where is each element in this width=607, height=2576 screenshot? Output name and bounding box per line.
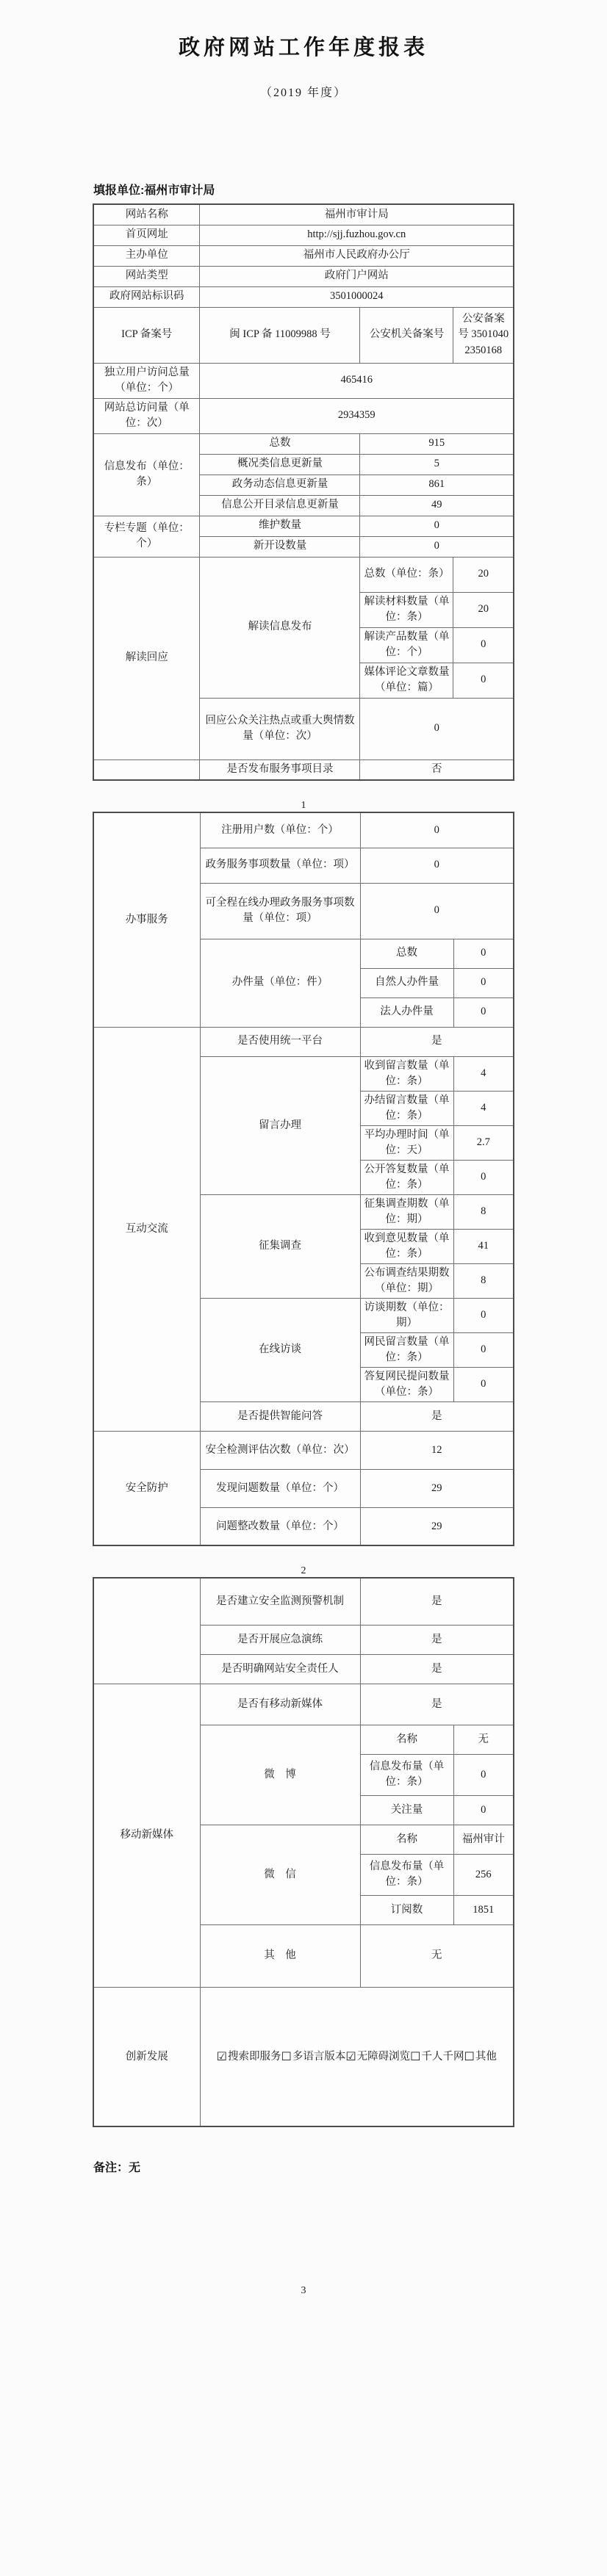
new-columns-label: 新开设数量 (200, 536, 360, 557)
interpret-product-value: 0 (453, 627, 514, 663)
cases-legal-label: 法人办件量 (360, 997, 453, 1027)
service-items-label: 政务服务事项数量（单位：项） (200, 848, 360, 883)
hotspot-response-label: 回应公众关注热点或重大舆情数量（单位：次） (200, 698, 360, 760)
survey-label: 征集调查 (200, 1194, 360, 1298)
messages-received-value: 4 (453, 1056, 514, 1091)
interpret-material-label: 解读材料数量（单位：条） (360, 592, 453, 627)
unified-platform-value: 是 (360, 1027, 514, 1056)
registered-users-label: 注册用户数（单位：个） (200, 812, 360, 848)
total-visits-label: 网站总访问量（单位：次） (93, 398, 200, 433)
wechat-label: 微 信 (200, 1825, 360, 1924)
maintained-columns-value: 0 (360, 516, 514, 536)
opinions-received-value: 41 (453, 1229, 514, 1263)
survey-periods-label: 征集调查期数（单位：期） (360, 1194, 453, 1229)
media-comment-label: 媒体评论文章数量（单位：篇） (360, 663, 453, 698)
service-items-value: 0 (360, 848, 514, 883)
has-mobile-media-value: 是 (360, 1684, 514, 1725)
interpret-product-label: 解读产品数量（单位：个） (360, 627, 453, 663)
avg-handle-time-label: 平均办理时间（单位：天） (360, 1125, 453, 1160)
website-name-label: 网站名称 (93, 204, 200, 225)
total-visits-value: 2934359 (200, 398, 514, 433)
weibo-posts-label: 信息发布量（单位：条） (360, 1754, 453, 1795)
unchecked-checkbox-icon: ☐ (281, 2049, 291, 2063)
checkbox-instant-search: ☑搜索即服务 (217, 2051, 281, 2063)
security-checks-label: 安全检测评估次数（单位：次） (200, 1431, 360, 1469)
service-catalog-value: 否 (360, 760, 514, 780)
icp-number-label: ICP 备案号 (93, 307, 200, 363)
info-total-label: 总数 (200, 433, 360, 454)
service-catalog-label: 是否发布服务事项目录 (200, 760, 360, 780)
section-innovation: 创新发展 (93, 1987, 200, 2126)
service-interaction-table: 办事服务 注册用户数（单位：个） 0 政务服务事项数量（单位：项） 0 可全程在… (93, 812, 514, 1546)
opinions-received-label: 收到意见数量（单位：条） (360, 1229, 453, 1263)
website-type-label: 网站类型 (93, 266, 200, 286)
note-label: 备注： (93, 2162, 129, 2174)
weibo-followers-label: 关注量 (360, 1795, 453, 1825)
wechat-name-value: 福州审计 (453, 1825, 514, 1854)
wechat-posts-label: 信息发布量（单位：条） (360, 1854, 453, 1895)
website-name-value: 福州市审计局 (200, 204, 514, 225)
checkbox-multilingual: ☐多语言版本 (281, 2051, 345, 2063)
innovation-options: ☑搜索即服务☐多语言版本☑无障碍浏览☐千人千网☐其他 (200, 1987, 514, 2126)
weibo-followers-value: 0 (453, 1795, 514, 1825)
cases-person-label: 自然人办件量 (360, 968, 453, 997)
empty-cell (93, 1578, 200, 1684)
news-updates-value: 861 (360, 475, 514, 495)
overview-updates-label: 概况类信息更新量 (200, 454, 360, 475)
section-mobile-media: 移动新媒体 (93, 1684, 200, 1987)
security-officer-value: 是 (360, 1654, 514, 1684)
police-record-value: 公安备案号 35010402350168 (453, 307, 514, 363)
interpret-publish-label: 解读信息发布 (200, 557, 360, 698)
interpret-total-value: 20 (453, 557, 514, 592)
icp-number-value: 闽 ICP 备 11009988 号 (200, 307, 360, 363)
checkbox-accessibility-label: 无障碍浏览 (357, 2051, 411, 2063)
maintained-columns-label: 维护数量 (200, 516, 360, 536)
survey-results-label: 公布调查结果期数（单位：期） (360, 1263, 453, 1298)
cases-total-value: 0 (453, 939, 514, 968)
site-code-value: 3501000024 (200, 286, 514, 307)
netizen-messages-label: 网民留言数量（单位：条） (360, 1332, 453, 1367)
note-line: 备注：无 (93, 2158, 514, 2175)
catalog-updates-value: 49 (360, 495, 514, 516)
emergency-drill-value: 是 (360, 1625, 514, 1654)
security-checks-value: 12 (360, 1431, 514, 1469)
filing-unit: 填报单位:福州市审计局 (93, 181, 514, 198)
online-interview-label: 在线访谈 (200, 1298, 360, 1401)
has-mobile-media-label: 是否有移动新媒体 (200, 1684, 360, 1725)
survey-periods-value: 8 (453, 1194, 514, 1229)
page-number-3: 3 (0, 2285, 607, 2297)
problems-fixed-value: 29 (360, 1507, 514, 1545)
checkbox-instant-search-label: 搜索即服务 (228, 2051, 281, 2063)
messages-resolved-label: 办结留言数量（单位：条） (360, 1091, 453, 1125)
section-special-columns: 专栏专题（单位：个） (93, 516, 200, 557)
cases-person-value: 0 (453, 968, 514, 997)
site-code-label: 政府网站标识码 (93, 286, 200, 307)
section-security: 安全防护 (93, 1431, 200, 1545)
checkbox-accessibility: ☑无障碍浏览 (345, 2051, 410, 2063)
interpret-total-label: 总数（单位：条） (360, 557, 453, 592)
cases-total-label: 总数 (360, 939, 453, 968)
new-columns-value: 0 (360, 536, 514, 557)
emergency-drill-label: 是否开展应急演练 (200, 1625, 360, 1654)
section-info-publish: 信息发布（单位：条） (93, 433, 200, 516)
unique-visitors-label: 独立用户访问总量（单位：个） (93, 363, 200, 398)
questions-answered-value: 0 (453, 1367, 514, 1401)
info-total-value: 915 (360, 433, 514, 454)
unchecked-checkbox-icon: ☐ (410, 2049, 420, 2063)
checkbox-other: ☐其他 (464, 2051, 497, 2063)
message-handling-label: 留言办理 (200, 1056, 360, 1194)
weibo-name-value: 无 (453, 1725, 514, 1754)
warning-mechanism-label: 是否建立安全监测预警机制 (200, 1578, 360, 1625)
problems-found-value: 29 (360, 1469, 514, 1507)
page-title: 政府网站工作年度报表 (0, 0, 607, 61)
weibo-posts-value: 0 (453, 1754, 514, 1795)
questions-answered-label: 答复网民提问数量（单位：条） (360, 1367, 453, 1401)
unique-visitors-value: 465416 (200, 363, 514, 398)
other-media-label: 其 他 (200, 1924, 360, 1987)
interpret-material-value: 20 (453, 592, 514, 627)
public-replies-value: 0 (453, 1160, 514, 1194)
interview-periods-value: 0 (453, 1298, 514, 1332)
checkbox-personalized-label: 千人千网 (422, 2051, 464, 2063)
homepage-url-value: http://sjj.fuzhou.gov.cn (200, 225, 514, 245)
basic-info-table: 网站名称 福州市审计局 首页网址 http://sjj.fuzhou.gov.c… (93, 203, 514, 781)
note-value: 无 (129, 2162, 140, 2174)
wechat-posts-value: 256 (453, 1854, 514, 1895)
weibo-name-label: 名称 (360, 1725, 453, 1754)
online-service-items-value: 0 (360, 883, 514, 939)
hotspot-response-value: 0 (360, 698, 514, 760)
report-year-subtitle: （2019 年度） (0, 83, 607, 100)
smart-qa-label: 是否提供智能问答 (200, 1401, 360, 1431)
organizer-value: 福州市人民政府办公厅 (200, 245, 514, 266)
section-service: 办事服务 (93, 812, 200, 1027)
public-replies-label: 公开答复数量（单位：条） (360, 1160, 453, 1194)
section-interaction: 互动交流 (93, 1027, 200, 1431)
problems-fixed-label: 问题整改数量（单位：个） (200, 1507, 360, 1545)
netizen-messages-value: 0 (453, 1332, 514, 1367)
cases-handled-label: 办件量（单位：件） (200, 939, 360, 1027)
security-officer-label: 是否明确网站安全责任人 (200, 1654, 360, 1684)
smart-qa-value: 是 (360, 1401, 514, 1431)
page-number-2: 2 (0, 1565, 607, 1577)
messages-received-label: 收到留言数量（单位：条） (360, 1056, 453, 1091)
registered-users-value: 0 (360, 812, 514, 848)
section-interpret-response: 解读回应 (93, 557, 200, 760)
checkbox-other-label: 其他 (475, 2051, 497, 2063)
unchecked-checkbox-icon: ☐ (464, 2049, 475, 2063)
checkbox-personalized: ☐千人千网 (410, 2051, 464, 2063)
website-type-value: 政府门户网站 (200, 266, 514, 286)
survey-results-value: 8 (453, 1263, 514, 1298)
wechat-subscribers-value: 1851 (453, 1895, 514, 1924)
interview-periods-label: 访谈期数（单位：期） (360, 1298, 453, 1332)
checked-checkbox-icon: ☑ (345, 2049, 356, 2063)
checkbox-multilingual-label: 多语言版本 (292, 2051, 346, 2063)
warning-mechanism-value: 是 (360, 1578, 514, 1625)
weibo-label: 微 博 (200, 1725, 360, 1825)
wechat-name-label: 名称 (360, 1825, 453, 1854)
catalog-updates-label: 信息公开目录信息更新量 (200, 495, 360, 516)
organizer-label: 主办单位 (93, 245, 200, 266)
overview-updates-value: 5 (360, 454, 514, 475)
checked-checkbox-icon: ☑ (217, 2049, 227, 2063)
wechat-subscribers-label: 订阅数 (360, 1895, 453, 1924)
mobile-media-table: 是否建立安全监测预警机制 是 是否开展应急演练 是 是否明确网站安全责任人 是 … (93, 1577, 514, 2127)
report-document: 政府网站工作年度报表 （2019 年度） 填报单位:福州市审计局 网站名称 福州… (0, 0, 607, 2576)
homepage-url-label: 首页网址 (93, 225, 200, 245)
avg-handle-time-value: 2.7 (453, 1125, 514, 1160)
cases-legal-value: 0 (453, 997, 514, 1027)
problems-found-label: 发现问题数量（单位：个） (200, 1469, 360, 1507)
online-service-items-label: 可全程在线办理政务服务事项数量（单位：项） (200, 883, 360, 939)
media-comment-value: 0 (453, 663, 514, 698)
unified-platform-label: 是否使用统一平台 (200, 1027, 360, 1056)
messages-resolved-value: 4 (453, 1091, 514, 1125)
news-updates-label: 政务动态信息更新量 (200, 475, 360, 495)
empty-cell (93, 760, 200, 780)
other-media-value: 无 (360, 1924, 514, 1987)
page-number-1: 1 (0, 800, 607, 812)
police-record-label: 公安机关备案号 (360, 307, 453, 363)
